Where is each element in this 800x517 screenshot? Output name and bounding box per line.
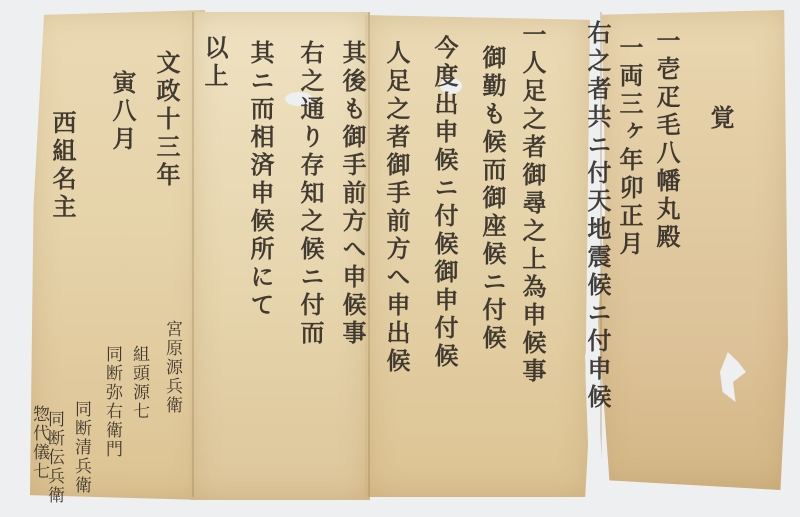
- text-column: 同断清兵衛: [72, 400, 89, 495]
- text-column: 覚: [708, 105, 732, 133]
- text-column: 西組名主: [50, 110, 74, 222]
- text-column: 今度出申候ニ付候御申付候: [432, 35, 456, 371]
- text-column: 組頭源七: [130, 345, 147, 421]
- text-column: 其ニ而相済申候所にて: [248, 40, 272, 320]
- text-column: 一人足之者御尋之上為申候事: [520, 22, 544, 386]
- text-column: 宮原源兵衛: [163, 320, 180, 415]
- text-column: 文政十三年: [154, 50, 178, 190]
- text-column: 寅八月: [110, 70, 134, 154]
- text-column: 同断弥右衛門: [103, 345, 120, 459]
- text-column: 一両三ヶ年卯正月: [617, 35, 641, 259]
- text-column: 右之通り存知之候ニ付而: [298, 40, 322, 348]
- fold-line: [192, 12, 194, 497]
- text-column: 以上: [202, 35, 226, 91]
- text-column: 御勤も候而御座候ニ付候: [480, 45, 504, 353]
- fold-line: [368, 12, 370, 497]
- text-column: 其後も御手前方へ申候事: [340, 40, 364, 348]
- text-column: 人足之者御手前方へ申出候: [384, 40, 408, 376]
- text-column: 惣代儀七: [30, 405, 47, 481]
- text-column: 一壱疋毛八幡丸殿: [654, 28, 678, 252]
- text-column: 右之者共ニ付天地震候ニ付申候: [585, 20, 609, 412]
